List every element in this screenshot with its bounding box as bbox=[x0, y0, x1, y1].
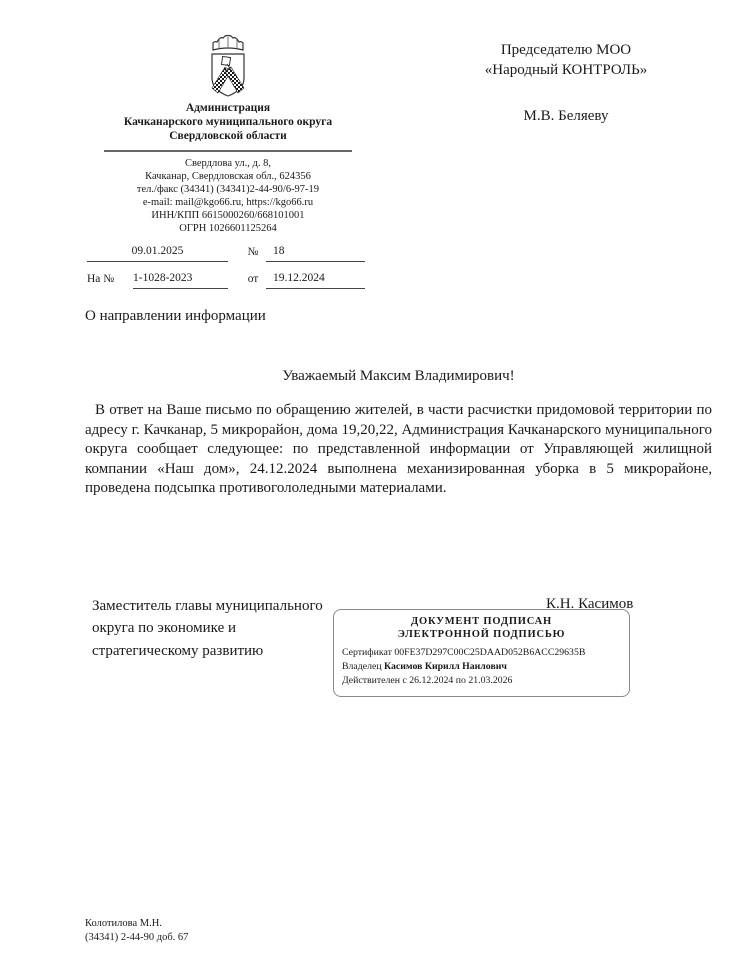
stamp-validity: Действителен с 26.12.2024 по 21.03.2026 bbox=[342, 674, 621, 688]
reply-label: На № bbox=[87, 262, 133, 289]
letter-date: 09.01.2025 bbox=[87, 236, 228, 262]
stamp-certificate: Сертификат 00FE37D297C00C25DAAD052B6ACC2… bbox=[342, 646, 621, 660]
from-label: от bbox=[240, 262, 266, 289]
recipient-line: «Народный КОНТРОЛЬ» bbox=[420, 60, 712, 80]
number-sign: № bbox=[240, 236, 266, 262]
contact-line: Свердлова ул., д. 8, bbox=[85, 157, 371, 170]
recipient-block: Председателю МОО «Народный КОНТРОЛЬ» М.В… bbox=[420, 40, 712, 126]
organization-name-line: Качканарского муниципального округа bbox=[85, 115, 371, 129]
stamp-title-line2: ЭЛЕКТРОННОЙ ПОДПИСЬЮ bbox=[342, 628, 621, 641]
e-signature-stamp: ДОКУМЕНТ ПОДПИСАН ЭЛЕКТРОННОЙ ПОДПИСЬЮ С… bbox=[333, 609, 630, 697]
stamp-details: Сертификат 00FE37D297C00C25DAAD052B6ACC2… bbox=[342, 646, 621, 687]
reply-number: 1-1028-2023 bbox=[133, 262, 228, 289]
signer-name: К.Н. Касимов bbox=[546, 596, 633, 613]
recipient-name: М.В. Беляеву bbox=[420, 106, 712, 126]
executor-phone: (34341) 2-44-90 доб. 67 bbox=[85, 931, 188, 945]
organization-name-line: Свердловской области bbox=[85, 129, 371, 143]
letterhead-divider bbox=[104, 150, 352, 152]
executor-name: Колотилова М.Н. bbox=[85, 917, 188, 931]
organization-contacts: Свердлова ул., д. 8,Качканар, Свердловск… bbox=[85, 157, 371, 235]
body-paragraph: В ответ на Ваше письмо по обращению жите… bbox=[85, 401, 712, 499]
letterhead: АдминистрацияКачканарского муниципальног… bbox=[85, 34, 371, 235]
recipient-line: Председателю МОО bbox=[420, 40, 712, 60]
salutation: Уважаемый Максим Владимирович! bbox=[85, 368, 712, 385]
contact-line: ИНН/КПП 6615000260/668101001 bbox=[85, 209, 371, 222]
stamp-title-line1: ДОКУМЕНТ ПОДПИСАН bbox=[342, 615, 621, 628]
coat-of-arms-icon bbox=[206, 34, 250, 98]
reply-date: 19.12.2024 bbox=[266, 262, 365, 289]
signer-title: Заместитель главы муниципального округа … bbox=[92, 595, 342, 662]
stamp-title: ДОКУМЕНТ ПОДПИСАН ЭЛЕКТРОННОЙ ПОДПИСЬЮ bbox=[342, 615, 621, 641]
organization-name: АдминистрацияКачканарского муниципальног… bbox=[85, 101, 371, 143]
contact-line: ОГРН 1026601125264 bbox=[85, 222, 371, 235]
contact-line: Качканар, Свердловская обл., 624356 bbox=[85, 170, 371, 183]
contact-line: e-mail: mail@kgo66.ru, https://kgo66.ru bbox=[85, 196, 371, 209]
contact-line: тел./факс (34341) (34341)2-44-90/6-97-19 bbox=[85, 183, 371, 196]
executor-block: Колотилова М.Н. (34341) 2-44-90 доб. 67 bbox=[85, 917, 188, 944]
organization-name-line: Администрация bbox=[85, 101, 371, 115]
stamp-owner: Владелец Касимов Кирилл Наилович bbox=[342, 660, 621, 674]
subject-line: О направлении информации bbox=[85, 308, 266, 325]
letter-number: 18 bbox=[266, 236, 365, 262]
reference-block: 09.01.2025 № 18 На № 1-1028-2023 от 19.1… bbox=[87, 236, 368, 289]
letter-page: Председателю МОО «Народный КОНТРОЛЬ» М.В… bbox=[0, 0, 737, 964]
